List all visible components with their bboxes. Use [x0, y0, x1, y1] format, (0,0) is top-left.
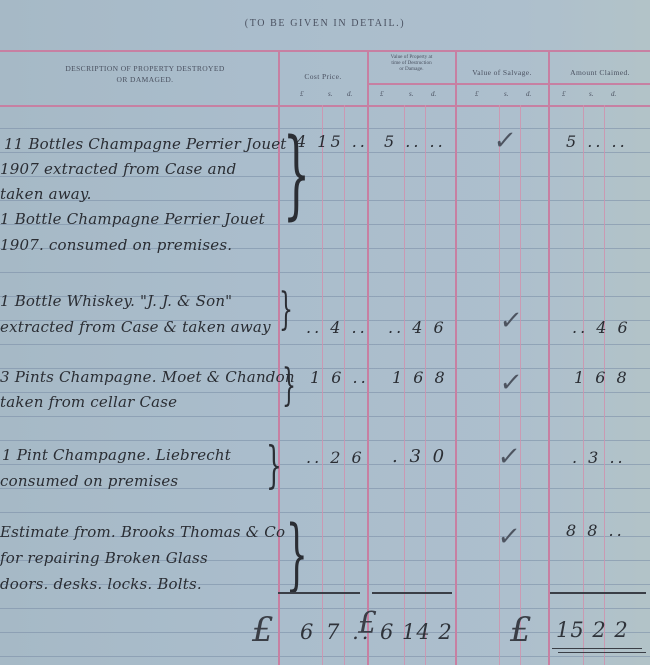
entry-line: 1907. consumed on premises. — [0, 236, 232, 254]
entry-line: taken from cellar Case — [0, 393, 177, 411]
unit-salvage-pence: d. — [526, 90, 531, 98]
pound-sign-cost: £ — [252, 610, 274, 650]
header-description-line2: OR DAMAGED. — [20, 75, 270, 86]
entry-line: extracted from Case & taken away — [0, 318, 271, 336]
brace-icon: } — [279, 288, 293, 332]
header-sub-rule — [367, 83, 650, 85]
total-claimed: 15 2 2 — [556, 618, 629, 642]
checkmark-icon: ✓ — [498, 306, 524, 336]
header-salvage: Value of Salvage. — [457, 68, 547, 79]
cost-value: .. 2 6 — [306, 448, 365, 467]
cost-sum-rule — [278, 592, 360, 594]
entry-line: for repairing Broken Glass — [0, 549, 208, 567]
total-value: 6 14 2 — [380, 620, 453, 644]
header-value-at-time: Value of Property at time of Destruction… — [369, 55, 454, 73]
entry-line: 3 Pints Champagne. Moet & Chandon — [0, 368, 295, 386]
claimed-value: . 3 .. — [572, 448, 626, 467]
header-value-line3: or Damage. — [369, 67, 454, 73]
property-value: . 3 0 — [392, 446, 447, 467]
pound-sign-value: £ — [358, 606, 377, 641]
property-value: .. 4 6 — [388, 318, 447, 337]
header-description-line1: DESCRIPTION OF PROPERTY DESTROYED — [20, 64, 270, 75]
claimed-underline-2 — [558, 652, 646, 653]
entry-line: taken away. — [0, 185, 92, 203]
unit-value-shillings: s. — [409, 90, 413, 98]
claimed-value: .. 4 6 — [572, 318, 631, 337]
checkmark-icon: ✓ — [492, 126, 518, 156]
claimed-value: 1 6 8 — [574, 368, 630, 387]
claimed-underline-1 — [552, 648, 642, 649]
claimed-value: 8 8 .. — [566, 521, 625, 540]
entry-line: 1 Bottle Champagne Perrier Jouet — [0, 210, 265, 228]
checkmark-icon: ✓ — [496, 442, 522, 472]
unit-value-pounds: £ — [380, 90, 384, 98]
unit-cost-shillings: s. — [328, 90, 332, 98]
cost-value: 1 6 .. — [310, 368, 369, 387]
header-description: DESCRIPTION OF PROPERTY DESTROYED OR DAM… — [20, 64, 270, 85]
entry-line: 1907 extracted from Case and — [0, 160, 236, 178]
header-top-rule — [0, 50, 650, 52]
unit-salvage-pounds: £ — [475, 90, 479, 98]
entry-line: 1 Bottle Whiskey. "J. J. & Son" — [0, 292, 232, 310]
entry-line: 11 Bottles Champagne Perrier Jouet — [4, 135, 287, 153]
unit-value-pence: d. — [431, 90, 436, 98]
form-caption: (TO BE GIVEN IN DETAIL.) — [0, 18, 650, 29]
checkmark-icon: ✓ — [496, 522, 522, 552]
entry-line: consumed on premises — [0, 472, 178, 490]
unit-claimed-pounds: £ — [562, 90, 566, 98]
entry-line: Estimate from. Brooks Thomas & Co — [0, 523, 285, 541]
unit-cost-pounds: £ — [300, 90, 304, 98]
cost-value: .. 4 .. — [306, 318, 368, 337]
pound-sign-claimed: £ — [510, 610, 532, 650]
property-value: 1 6 8 — [392, 368, 448, 387]
header-bottom-rule — [0, 105, 650, 107]
entry-line: 1 Pint Champagne. Liebrecht — [2, 446, 231, 464]
entry-line: doors. desks. locks. Bolts. — [0, 575, 202, 593]
claimed-sum-rule — [550, 592, 646, 594]
property-value: 5 .. .. — [384, 132, 446, 151]
unit-claimed-pence: d. — [611, 90, 616, 98]
col-rule-salvage — [455, 50, 457, 665]
header-claimed: Amount Claimed. — [550, 68, 650, 79]
brace-icon: } — [282, 364, 296, 408]
brace-icon: } — [266, 440, 282, 490]
cost-value: 4 15 .. — [296, 132, 368, 151]
col-rule-claimed — [548, 50, 550, 665]
checkmark-icon: ✓ — [498, 368, 524, 398]
brace-icon: } — [286, 516, 308, 594]
unit-claimed-shillings: s. — [589, 90, 593, 98]
claimed-value: 5 .. .. — [566, 132, 628, 151]
unit-salvage-shillings: s. — [504, 90, 508, 98]
header-cost-price: Cost Price. — [280, 72, 366, 83]
value-sum-rule — [372, 592, 452, 594]
unit-cost-pence: d. — [347, 90, 352, 98]
